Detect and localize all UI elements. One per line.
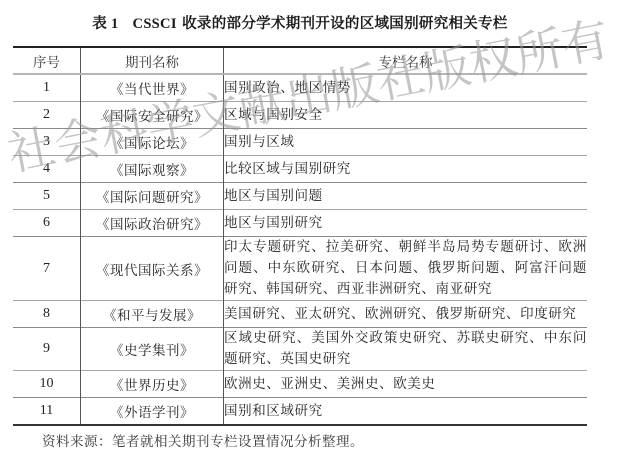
table-row: 11 《外语学刊》 国别和区域研究 <box>13 398 587 426</box>
row-columns: 比较区域与国别研究 <box>224 156 588 183</box>
row-columns: 国别和区域研究 <box>224 398 588 426</box>
row-columns: 美国研究、亚太研究、欧洲研究、俄罗斯研究、印度研究 <box>224 301 588 328</box>
row-journal: 《外语学刊》 <box>81 398 224 426</box>
table-row: 3 《国际论坛》 国别与区域 <box>13 129 587 156</box>
title-prefix: CSSCI <box>133 16 177 32</box>
journal-columns-table: 序号 期刊名称 专栏名称 1 《当代世界》 国别政治、地区情势 2 《国际安全研… <box>13 46 587 426</box>
row-index: 1 <box>13 74 81 102</box>
table-header-row: 序号 期刊名称 专栏名称 <box>13 47 587 74</box>
row-journal: 《国际政治研究》 <box>81 210 224 237</box>
row-journal: 《国际安全研究》 <box>81 102 224 129</box>
table-row: 4 《国际观察》 比较区域与国别研究 <box>13 156 587 183</box>
row-columns: 地区与国别问题 <box>224 183 588 210</box>
row-columns: 区域与国别安全 <box>224 102 588 129</box>
table-row: 8 《和平与发展》 美国研究、亚太研究、欧洲研究、俄罗斯研究、印度研究 <box>13 301 587 328</box>
row-index: 5 <box>13 183 81 210</box>
table-row: 6 《国际政治研究》 地区与国别研究 <box>13 210 587 237</box>
header-columns: 专栏名称 <box>224 47 588 74</box>
row-journal: 《史学集刊》 <box>81 328 224 371</box>
table-number: 表 1 <box>92 16 118 32</box>
row-index: 3 <box>13 129 81 156</box>
row-journal: 《现代国际关系》 <box>81 237 224 301</box>
row-journal: 《和平与发展》 <box>81 301 224 328</box>
header-index: 序号 <box>13 47 81 74</box>
row-journal: 《世界历史》 <box>81 371 224 398</box>
row-columns: 地区与国别研究 <box>224 210 588 237</box>
table-row: 5 《国际问题研究》 地区与国别问题 <box>13 183 587 210</box>
row-journal: 《国际问题研究》 <box>81 183 224 210</box>
row-index: 9 <box>13 328 81 371</box>
row-index: 4 <box>13 156 81 183</box>
table-row: 2 《国际安全研究》 区域与国别安全 <box>13 102 587 129</box>
table-row: 7 《现代国际关系》 印太专题研究、拉美研究、朝鲜半岛局势专题研讨、欧洲问题、中… <box>13 237 587 301</box>
row-index: 10 <box>13 371 81 398</box>
row-journal: 《国际观察》 <box>81 156 224 183</box>
table-title: 表 1CSSCI 收录的部分学术期刊开设的区域国别研究相关专栏 <box>0 12 600 33</box>
table-row: 9 《史学集刊》 区域史研究、美国外交政策史研究、苏联史研究、中东问题研究、英国… <box>13 328 587 371</box>
table-row: 1 《当代世界》 国别政治、地区情势 <box>13 74 587 102</box>
row-columns: 印太专题研究、拉美研究、朝鲜半岛局势专题研讨、欧洲问题、中东欧研究、日本问题、俄… <box>224 237 588 301</box>
row-journal: 《国际论坛》 <box>81 129 224 156</box>
row-columns: 国别与区域 <box>224 129 588 156</box>
row-index: 6 <box>13 210 81 237</box>
row-index: 2 <box>13 102 81 129</box>
source-note: 资料来源：笔者就相关期刊专栏设置情况分析整理。 <box>42 430 364 450</box>
row-columns: 欧洲史、亚洲史、美洲史、欧美史 <box>224 371 588 398</box>
row-index: 7 <box>13 237 81 301</box>
row-index: 8 <box>13 301 81 328</box>
row-columns: 区域史研究、美国外交政策史研究、苏联史研究、中东问题研究、英国史研究 <box>224 328 588 371</box>
row-index: 11 <box>13 398 81 426</box>
title-text: 收录的部分学术期刊开设的区域国别研究相关专栏 <box>177 16 508 32</box>
header-journal: 期刊名称 <box>81 47 224 74</box>
row-columns: 国别政治、地区情势 <box>224 74 588 102</box>
table-row: 10 《世界历史》 欧洲史、亚洲史、美洲史、欧美史 <box>13 371 587 398</box>
row-journal: 《当代世界》 <box>81 74 224 102</box>
